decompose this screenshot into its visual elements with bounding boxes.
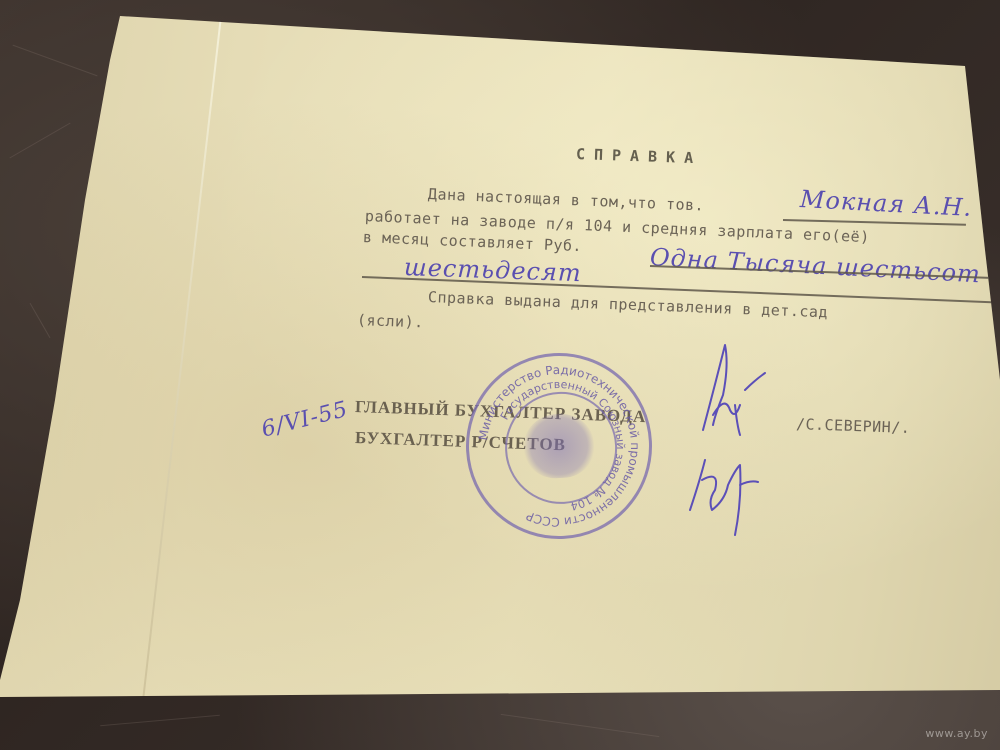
employee-name-handwritten: Мокная А.Н.	[799, 185, 973, 222]
stamp-text-ring: Министерство Радиотехнической промышленн…	[464, 351, 653, 540]
chief-accountant-name: /С.СЕВЕРИН/.	[796, 415, 911, 437]
document-paper: СПРАВКА Дана настоящая в том,что тов. Мо…	[0, 0, 1000, 750]
fold-crease	[142, 16, 222, 702]
signature-accountant	[680, 440, 770, 540]
signature-chief-accountant	[685, 335, 775, 445]
leather-texture	[501, 714, 660, 737]
official-stamp: Министерство Радиотехнической промышленн…	[461, 348, 656, 543]
leather-texture	[100, 715, 220, 726]
leather-texture	[9, 123, 70, 159]
leather-texture	[30, 303, 51, 338]
leather-texture	[13, 45, 98, 77]
watermark: www.ay.by	[925, 727, 988, 740]
salary-amount-handwritten: Одна Тысяча шестьсот	[649, 243, 981, 288]
purpose-line-cont: (ясли).	[357, 311, 424, 331]
intro-line: Дана настоящая в том,что тов.	[428, 185, 705, 215]
document-title: СПРАВКА	[576, 145, 703, 167]
handwritten-date: 6/VI-55	[259, 397, 351, 443]
